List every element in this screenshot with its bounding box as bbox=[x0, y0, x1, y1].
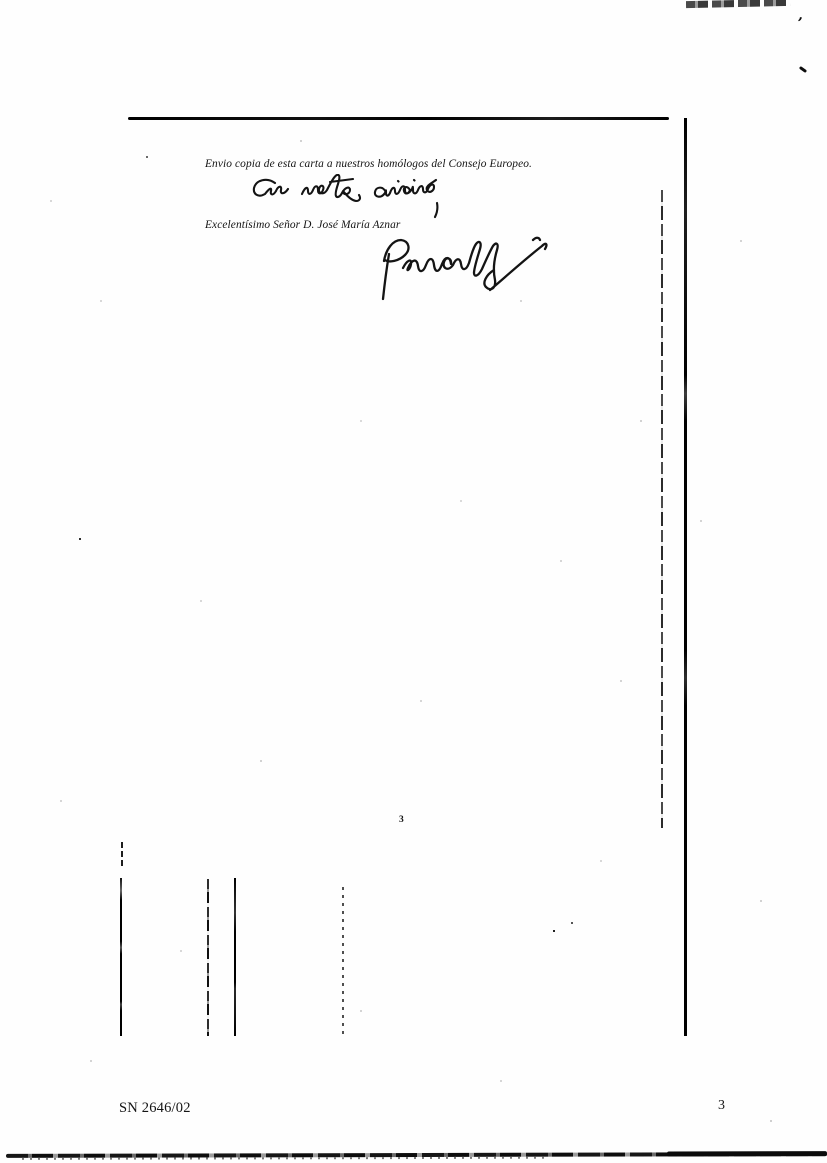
scan-speck-mark-right bbox=[799, 66, 807, 73]
center-page-mark: 3 bbox=[399, 815, 404, 825]
scan-top-edge-artifact bbox=[686, 0, 790, 8]
page-top-rule bbox=[128, 117, 669, 120]
letter-body-line: Envio copia de esta carta a nuestros hom… bbox=[205, 158, 532, 170]
scan-vertical-line-4 bbox=[342, 887, 344, 1034]
scan-bottom-edge-dots bbox=[22, 1157, 547, 1160]
scan-bottom-edge-artifact bbox=[6, 1151, 827, 1161]
page-number: 3 bbox=[718, 1098, 725, 1114]
page-right-border-line bbox=[684, 118, 687, 1036]
scan-vertical-line-2 bbox=[207, 879, 209, 1036]
scan-noise-specks bbox=[0, 0, 2, 2]
scan-bottom-edge-solid bbox=[667, 1151, 827, 1156]
handwritten-closing-note bbox=[246, 174, 446, 222]
scan-vertical-line-1 bbox=[120, 878, 122, 1036]
scan-vertical-line-short bbox=[121, 842, 123, 866]
scan-vertical-line-3 bbox=[234, 878, 236, 1036]
document-reference-number: SN 2646/02 bbox=[119, 1100, 191, 1117]
handwritten-signature bbox=[372, 228, 557, 308]
scan-vertical-line-faint bbox=[661, 190, 663, 828]
scan-speck-mark-top: ’ bbox=[796, 14, 804, 33]
scanned-letter-page: ’ Envio copia de esta carta a nuestros h… bbox=[0, 0, 827, 1163]
